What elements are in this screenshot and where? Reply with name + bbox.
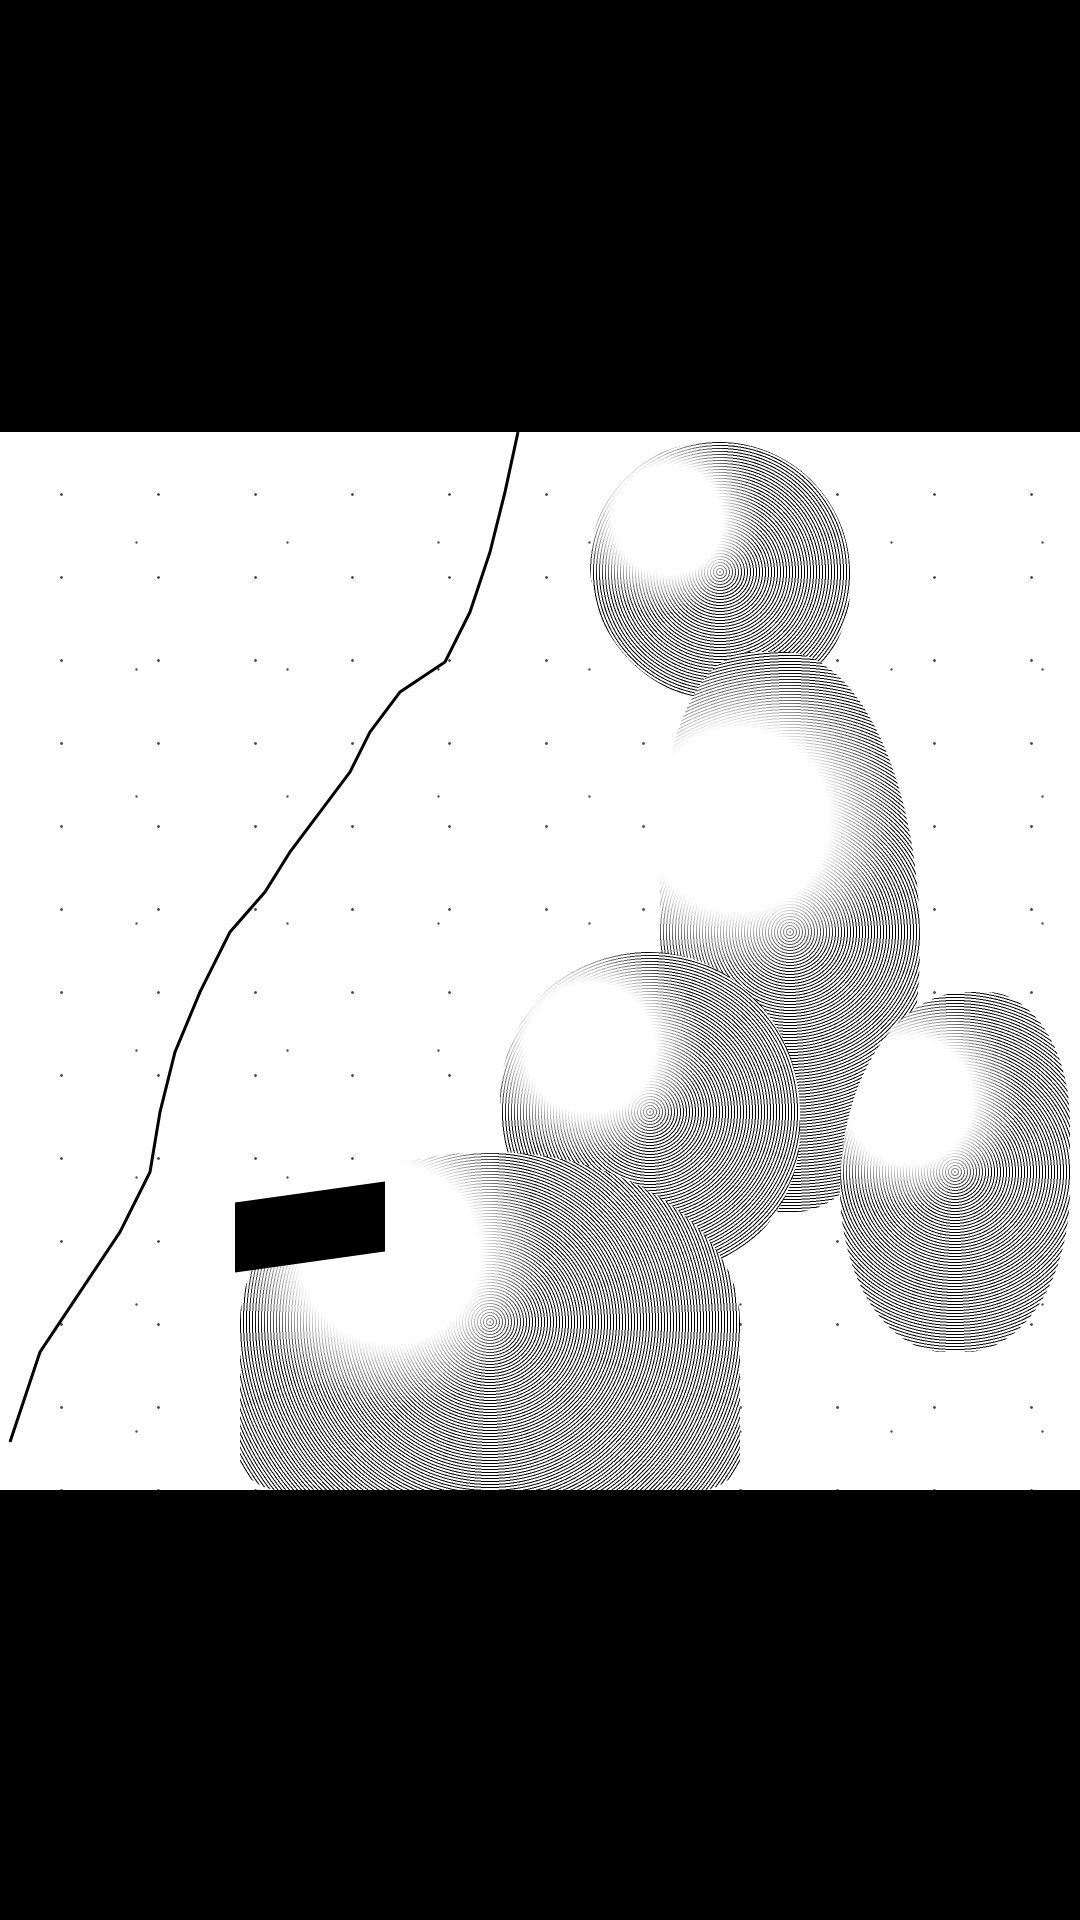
bottom-letterbox-bar: [0, 1490, 1080, 1920]
top-letterbox-bar: [0, 0, 1080, 432]
image-frame: [0, 432, 1080, 1490]
